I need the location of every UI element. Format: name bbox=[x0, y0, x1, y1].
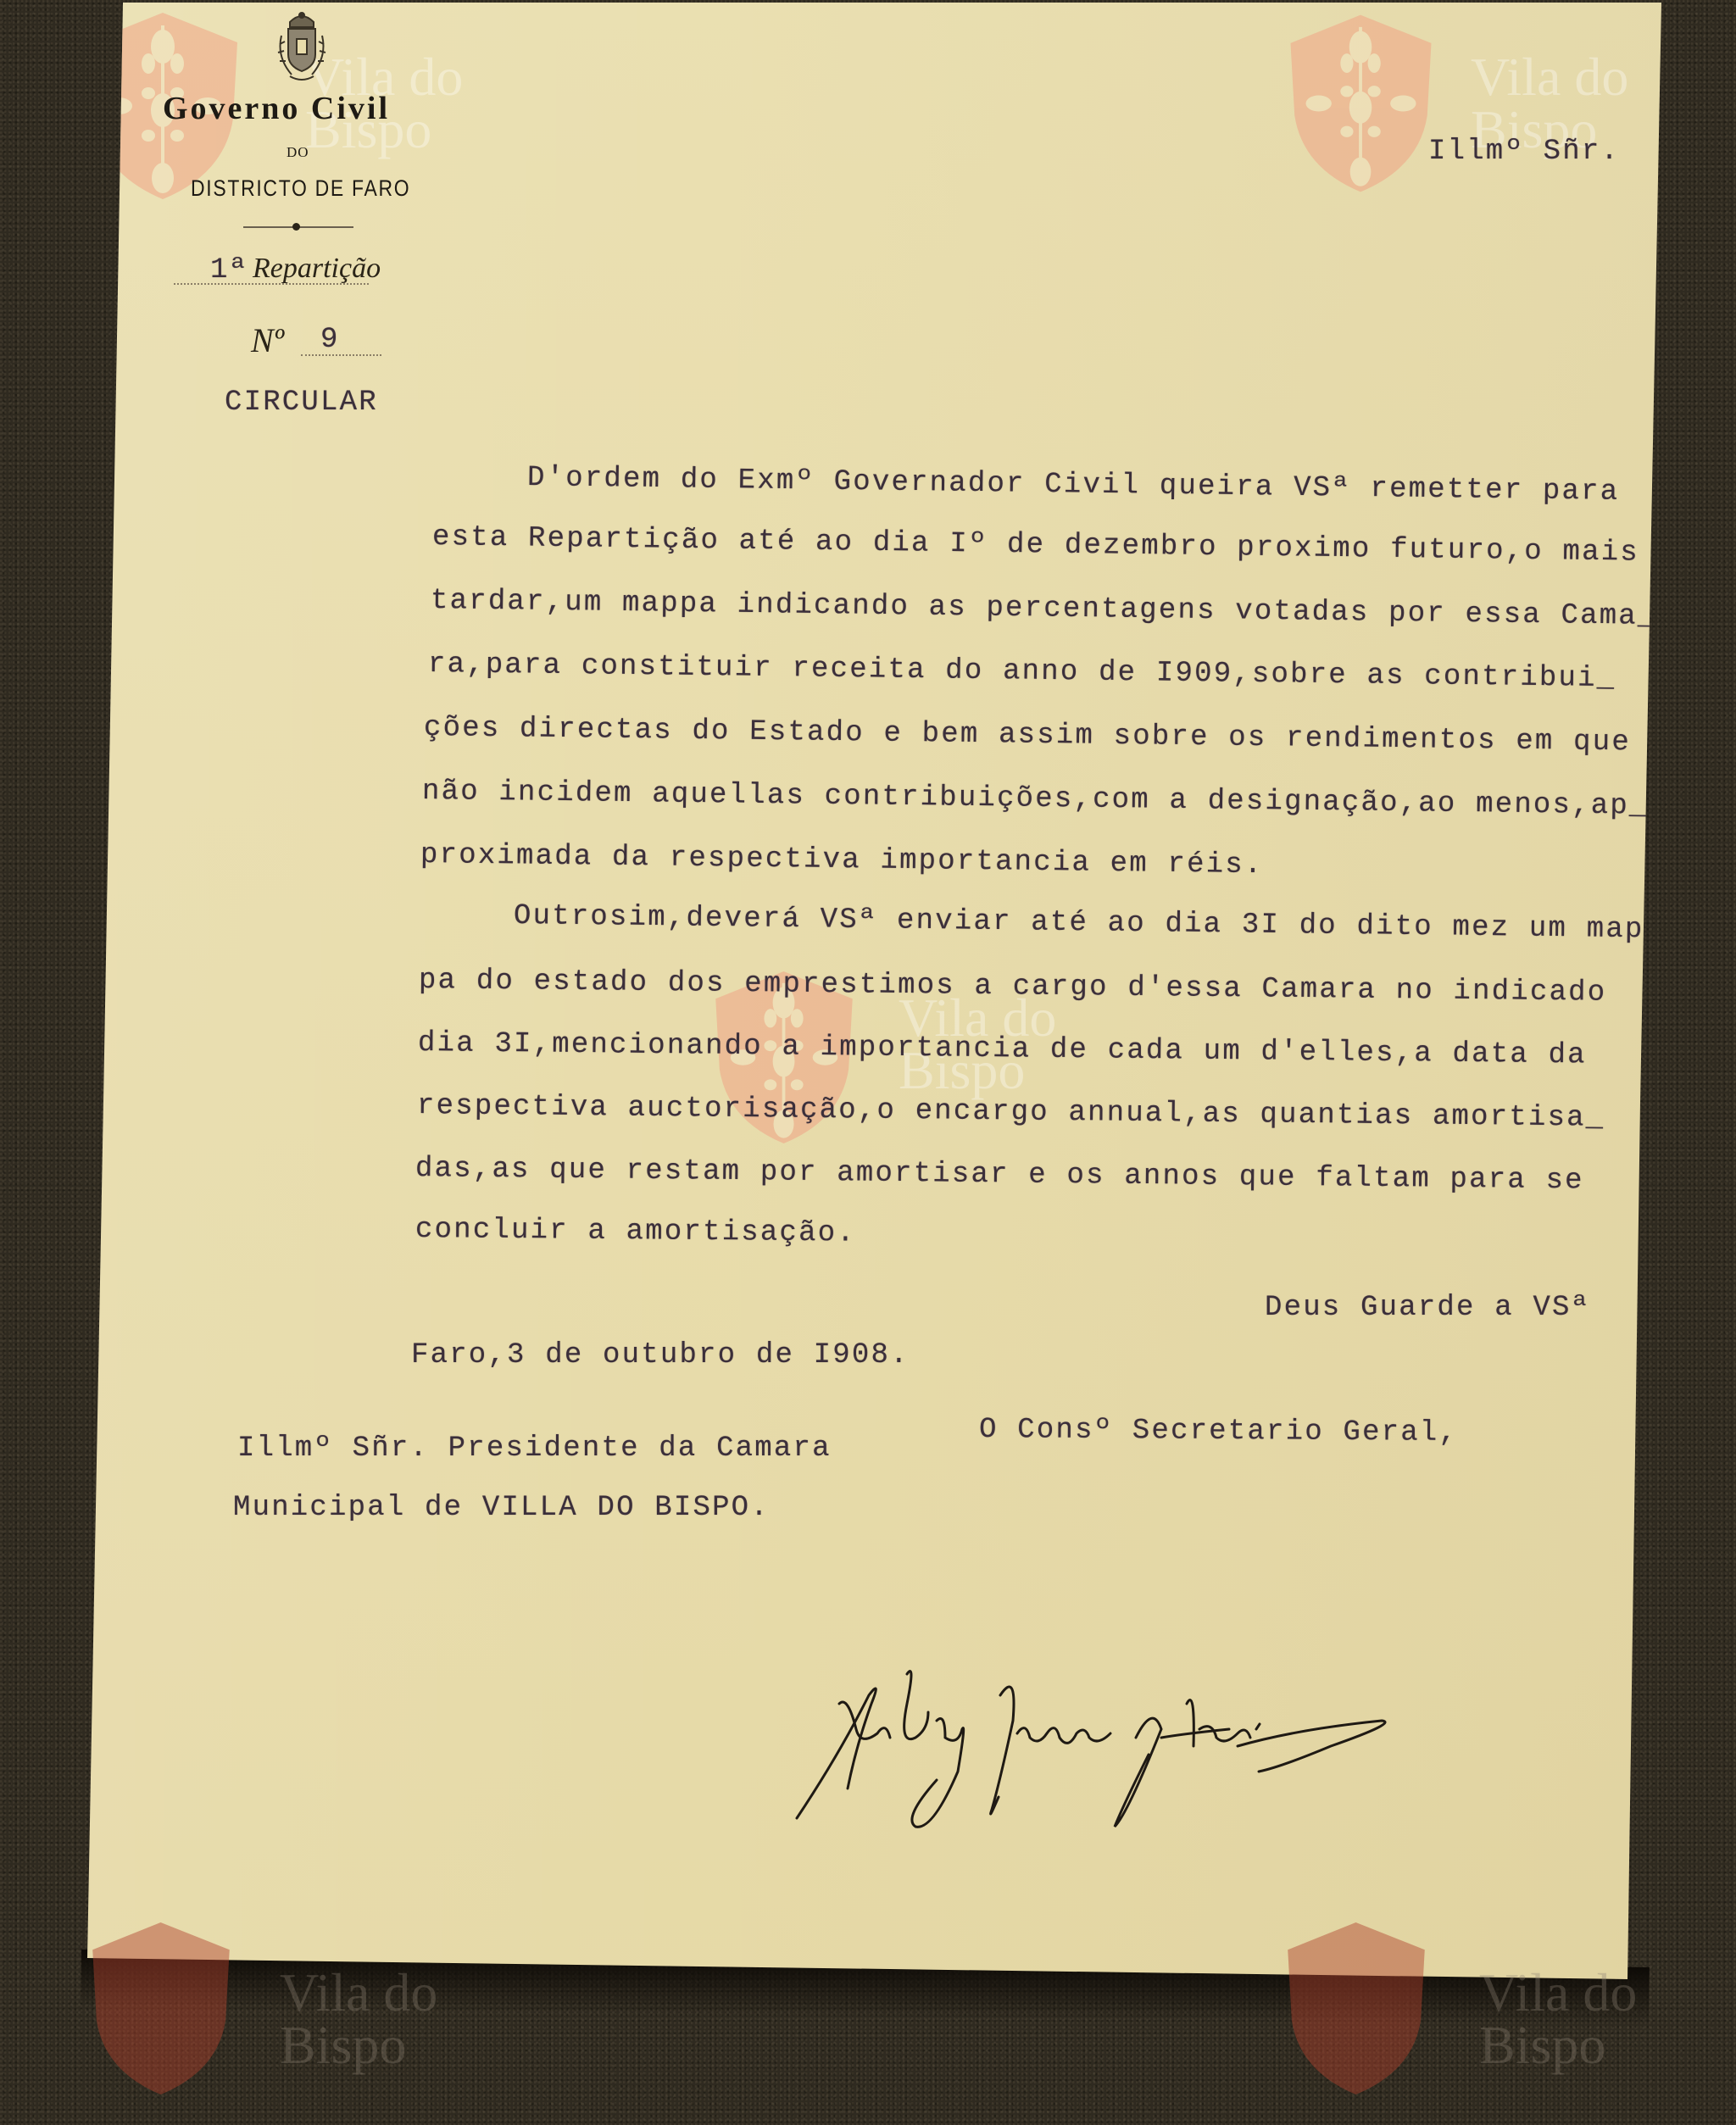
watermark-line2: Bispo bbox=[280, 2019, 437, 2072]
body-line: ra,para constituir receita do anno de I9… bbox=[428, 648, 1616, 695]
coat-of-arms-icon bbox=[270, 10, 334, 83]
document-paper: Vila do Bispo Vila do Bispo bbox=[0, 0, 1736, 2125]
letterhead-title: Governo Civil bbox=[163, 90, 390, 127]
document-type: CIRCULAR bbox=[225, 387, 378, 419]
body-line: concluir a amortisação. bbox=[415, 1214, 856, 1250]
letterhead-district: DISTRICTO DE FARO bbox=[191, 175, 410, 202]
watermark-line1: Vila do bbox=[1471, 51, 1628, 103]
vila-do-bispo-shield-icon bbox=[85, 1917, 237, 2100]
signatory-title: O Consº Secretario Geral, bbox=[979, 1414, 1458, 1449]
body-line: D'ordem do Exmº Governador Civil queira … bbox=[527, 462, 1620, 509]
body-line: tardar,um mappa indicando as percentagen… bbox=[431, 585, 1657, 633]
addressee-line2: Municipal de VILLA DO BISPO. bbox=[233, 1492, 770, 1524]
number-value: 9 bbox=[320, 324, 340, 356]
watermark-line1: Vila do bbox=[1479, 1966, 1637, 2019]
watermark-line1: Vila do bbox=[280, 1966, 437, 2019]
body-line: proximada da respectiva importancia em r… bbox=[420, 839, 1264, 882]
closing: Deus Guarde a VSª bbox=[1265, 1292, 1590, 1324]
body-line: não incidem aquellas contribuições,com a… bbox=[422, 776, 1649, 823]
section-label: Repartição bbox=[253, 253, 381, 285]
body-line: esta Repartição até ao dia Iº de dezembr… bbox=[432, 521, 1639, 570]
vila-do-bispo-shield-icon bbox=[1280, 1917, 1433, 2100]
body-line: dia 3I,mencionando a importancia de cada… bbox=[418, 1027, 1587, 1071]
vila-do-bispo-shield-icon bbox=[1283, 10, 1439, 197]
number-dotted-line bbox=[301, 354, 381, 356]
place-date: Faro,3 de outubro de I908. bbox=[411, 1339, 910, 1371]
body-line: Outrosim,deverá VSª enviar até ao dia 3I… bbox=[514, 900, 1664, 947]
ornament-dot bbox=[292, 223, 300, 231]
letterhead-do: DO bbox=[287, 144, 309, 161]
body-line: pa do estado dos emprestimos a cargo d'e… bbox=[419, 965, 1607, 1010]
number-label: Nº bbox=[251, 320, 284, 360]
body-line: das,as que restam por amortisar e os ann… bbox=[415, 1153, 1584, 1197]
addressee-line1: Illmº Sñr. Presidente da Camara bbox=[237, 1432, 832, 1465]
body-line: respectiva auctorisação,o encargo annual… bbox=[417, 1090, 1605, 1135]
salutation: Illmº Sñr. bbox=[1428, 136, 1620, 168]
body-line: ções directas do Estado e bem assim sobr… bbox=[424, 712, 1631, 759]
section-number: 1ª bbox=[210, 254, 248, 286]
handwritten-signature-icon bbox=[788, 1653, 1602, 1848]
watermark-line2: Bispo bbox=[1479, 2019, 1637, 2072]
